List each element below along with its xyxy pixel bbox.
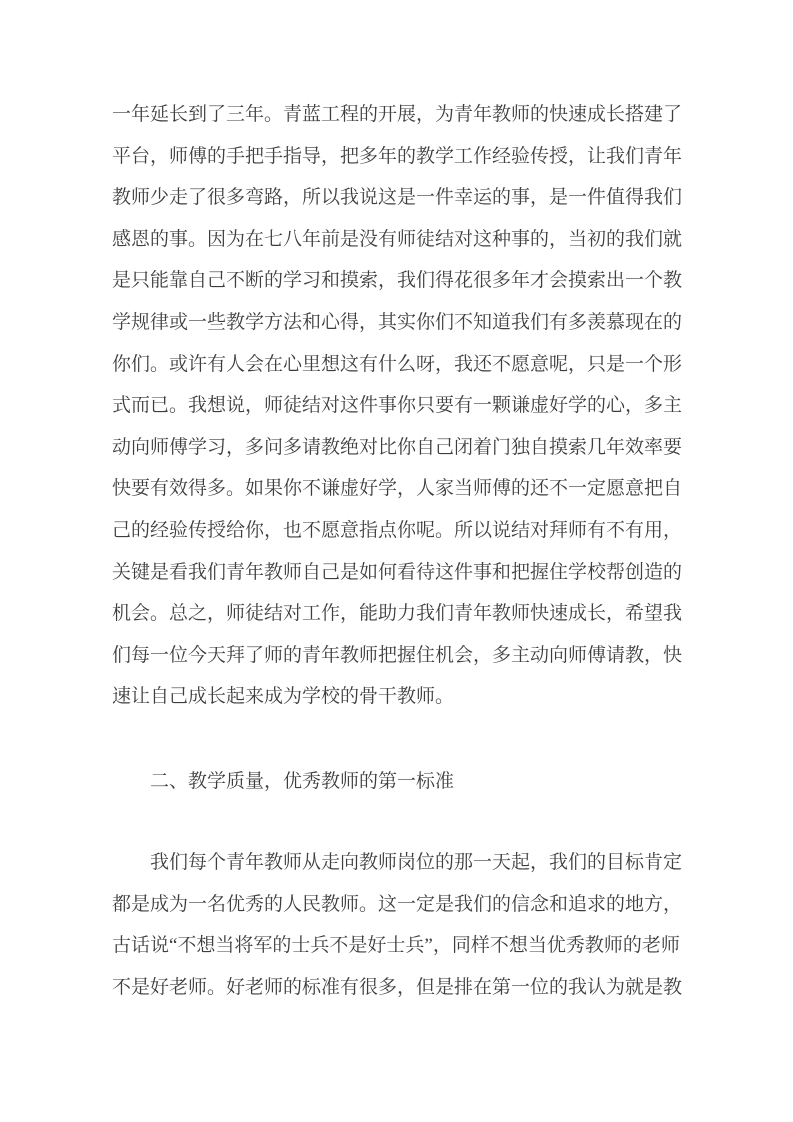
text-line: 动向师傅学习，多问多请教绝对比你自己闭着门独自摸索几年效率要 xyxy=(112,427,682,469)
text-line: 们每一位今天拜了师的青年教师把握住机会，多主动向师傅请教，快 xyxy=(112,635,682,677)
text-line: 都是成为一名优秀的人民教师。这一定是我们的信念和追求的地方， xyxy=(112,884,682,926)
text-line: 我们每个青年教师从走向教师岗位的那一天起，我们的目标肯定 xyxy=(112,842,682,884)
paragraph-teaching-quality: 我们每个青年教师从走向教师岗位的那一天起，我们的目标肯定都是成为一名优秀的人民教… xyxy=(112,842,682,1008)
text-line: 己的经验传授给你，也不愿意指点你呢。所以说结对拜师有不有用， xyxy=(112,510,682,552)
text-line: 机会。总之，师徒结对工作，能助力我们青年教师快速成长，希望我 xyxy=(112,593,682,635)
text-line: 一年延长到了三年。青蓝工程的开展，为青年教师的快速成长搭建了 xyxy=(112,94,682,136)
section-heading: 二、教学质量，优秀教师的第一标准 xyxy=(112,761,682,803)
text-line: 关键是看我们青年教师自己是如何看待这件事和把握住学校帮创造的 xyxy=(112,552,682,594)
text-line: 平台，师傅的手把手指导，把多年的教学工作经验传授，让我们青年 xyxy=(112,136,682,178)
text-line: 你们。或许有人会在心里想这有什么呀，我还不愿意呢，只是一个形 xyxy=(112,344,682,386)
text-line: 不是好老师。好老师的标准有很多，但是排在第一位的我认为就是教 xyxy=(112,967,682,1009)
text-line: 式而已。我想说，师徒结对这件事你只要有一颗谦虚好学的心，多主 xyxy=(112,385,682,427)
text-line: 学规律或一些教学方法和心得，其实你们不知道我们有多羡慕现在的 xyxy=(112,302,682,344)
text-line: 古话说“不想当将军的士兵不是好士兵”，同样不想当优秀教师的老师 xyxy=(112,925,682,967)
text-line: 快要有效得多。如果你不谦虚好学，人家当师傅的还不一定愿意把自 xyxy=(112,468,682,510)
text-line: 速让自己成长起来成为学校的骨干教师。 xyxy=(112,676,682,718)
paragraph-mentor-pairing: 一年延长到了三年。青蓝工程的开展，为青年教师的快速成长搭建了平台，师傅的手把手指… xyxy=(112,94,682,718)
text-line: 教师少走了很多弯路，所以我说这是一件幸运的事，是一件值得我们 xyxy=(112,177,682,219)
text-line: 感恩的事。因为在七八年前是没有师徒结对这种事的，当初的我们就 xyxy=(112,219,682,261)
text-line: 是只能靠自己不断的学习和摸索，我们得花很多年才会摸索出一个教 xyxy=(112,260,682,302)
document-page: 一年延长到了三年。青蓝工程的开展，为青年教师的快速成长搭建了平台，师傅的手把手指… xyxy=(0,0,793,1122)
